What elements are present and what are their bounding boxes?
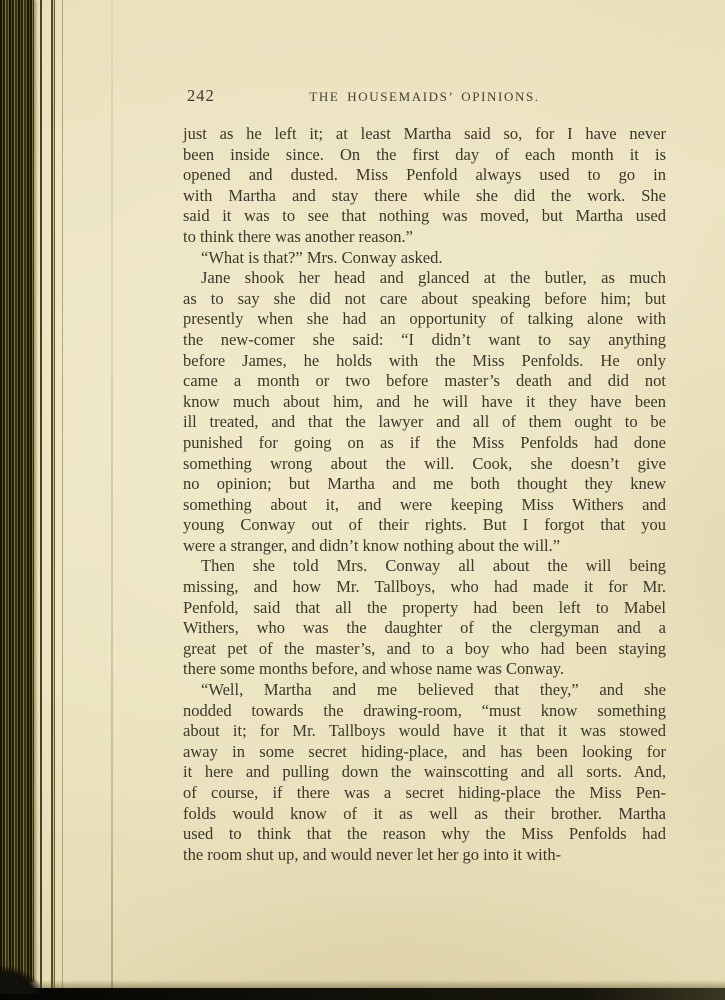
text-line: great pet of the master’s, and to a boy …: [183, 639, 666, 660]
text-line: “What is that?” Mrs. Conway asked.: [183, 248, 666, 269]
text-line: punished for going on as if the Miss Pen…: [183, 433, 666, 454]
text-line: “Well, Martha and me believed that they,…: [183, 680, 666, 701]
text-line: with Martha and stay there while she did…: [183, 186, 666, 207]
text-line: the new-comer she said: “I didn’t want t…: [183, 330, 666, 351]
book-page-edges: [0, 0, 34, 982]
inner-page-edge-lines: [34, 0, 84, 988]
text-line: Jane shook her head and glanced at the b…: [183, 268, 666, 289]
running-title: THE HOUSEMAIDS’ OPINIONS.: [183, 89, 666, 105]
bottom-edge-shadow: [0, 980, 725, 988]
text-line: nodded towards the drawing-room, “must k…: [183, 701, 666, 722]
page-fold-line: [111, 0, 113, 992]
text-line: of course, if there was a secret hiding-…: [183, 783, 666, 804]
text-line: opened and dusted. Miss Penfold always u…: [183, 165, 666, 186]
text-line: Penfold, said that all the property had …: [183, 598, 666, 619]
text-line: ill treated, and that the lawyer and all…: [183, 412, 666, 433]
text-line: something wrong about the will. Cook, sh…: [183, 454, 666, 475]
bottom-left-corner-shadow: [0, 960, 46, 994]
scan-bottom-edge: [0, 988, 725, 1000]
text-line: about it; for Mr. Tallboys would have it…: [183, 721, 666, 742]
text-line: it here and pulling down the wainscottin…: [183, 762, 666, 783]
text-line: used to think that the reason why the Mi…: [183, 824, 666, 845]
text-line: said it was to see that nothing was move…: [183, 206, 666, 227]
text-line: just as he left it; at least Martha said…: [183, 124, 666, 145]
text-block: just as he left it; at least Martha said…: [183, 124, 666, 865]
printed-page-content: 242 THE HOUSEMAIDS’ OPINIONS. just as he…: [183, 86, 666, 865]
text-line: came a month or two before master’s deat…: [183, 371, 666, 392]
text-line: know much about him, and he will have it…: [183, 392, 666, 413]
text-line: before James, he holds with the Miss Pen…: [183, 351, 666, 372]
text-line: the room shut up, and would never let he…: [183, 845, 666, 866]
running-head: 242 THE HOUSEMAIDS’ OPINIONS.: [183, 86, 666, 108]
text-line: presently when she had an opportunity of…: [183, 309, 666, 330]
text-line: folds would know of it as well as their …: [183, 804, 666, 825]
text-line: missing, and how Mr. Tallboys, who had m…: [183, 577, 666, 598]
text-line: Then she told Mrs. Conway all about the …: [183, 556, 666, 577]
text-line: no opinion; but Martha and me both thoug…: [183, 474, 666, 495]
text-line: Withers, who was the daughter of the cle…: [183, 618, 666, 639]
text-line: young Conway out of their rights. But I …: [183, 515, 666, 536]
text-line: something about it, and were keeping Mis…: [183, 495, 666, 516]
text-line: away in some secret hiding-place, and ha…: [183, 742, 666, 763]
text-line: as to say she did not care about speakin…: [183, 289, 666, 310]
text-line: to think there was another reason.”: [183, 227, 666, 248]
text-line: were a stranger, and didn’t know nothing…: [183, 536, 666, 557]
text-line: there some months before, and whose name…: [183, 659, 666, 680]
book-page-scan: 242 THE HOUSEMAIDS’ OPINIONS. just as he…: [0, 0, 725, 1000]
text-line: been inside since. On the first day of e…: [183, 145, 666, 166]
